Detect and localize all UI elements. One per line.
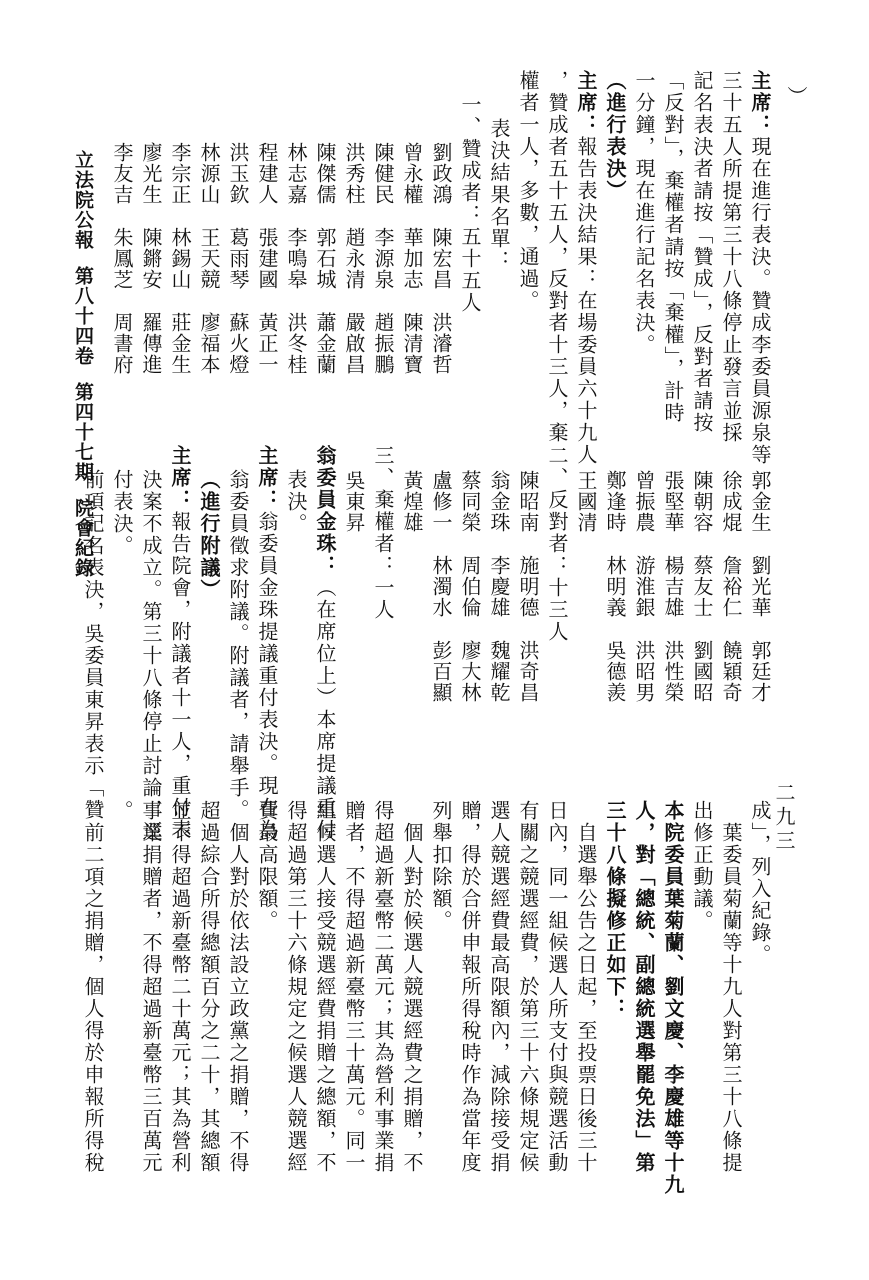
page-number: 二九三	[770, 782, 799, 854]
voter-name: 洪秀柱	[342, 142, 366, 205]
voter-name: 張堅華	[661, 470, 685, 533]
voter-name: 洪性榮	[661, 640, 685, 703]
yes-name-column: 徐成焜詹裕仁饒穎奇	[719, 470, 743, 725]
voter-name: 劉光華	[748, 555, 772, 618]
amendment-line: 超過綜合所得總額百分之二十，其總額	[197, 800, 221, 1174]
amendment-line: 有關之競選經費，於第三十六條規定候	[516, 800, 540, 1174]
yes-name-column: 王國清	[574, 470, 598, 555]
no-name-column: 黃煌雄	[400, 470, 424, 555]
yes-name-column: 鄭逢時林明義吳德羨	[603, 470, 627, 725]
amendment-line: 本院委員葉菊蘭、劉文慶、李慶雄等十九	[661, 800, 685, 1196]
speaker-label: 主席：	[168, 445, 192, 511]
voter-name: 張建國	[255, 227, 279, 290]
no-name-column: 盧修一林濁水彭百顯	[429, 470, 453, 725]
amendment-line: 贈，得於合併申報所得稅時作為當年度	[458, 800, 482, 1174]
no-heading: 二、反對者：十三人	[545, 445, 569, 643]
yes-heading: 一、贊成者：五十五人	[458, 94, 482, 314]
voter-name: 翁金珠	[487, 470, 511, 533]
abstain-heading: 三、棄權者：一人	[371, 445, 395, 621]
abstain-name-column: 吳東昇	[342, 470, 366, 555]
yes-name-column: 洪秀柱趙永清嚴啟昌	[342, 142, 366, 397]
voter-name: 游淮銀	[632, 555, 656, 618]
no-name-column: 陳昭南施明德洪奇昌	[516, 470, 540, 725]
voter-name: 劉政鴻	[429, 142, 453, 205]
yes-name-column: 曾振農游淮銀洪昭男	[632, 470, 656, 725]
yes-name-column: 廖光生陳鏘安羅傳進	[139, 142, 163, 397]
chair-vote-result-line: 主席：報告表決結果：在場委員六十九人	[574, 70, 598, 466]
voter-name: 林錫山	[168, 227, 192, 290]
chair-vote-result-line: ，贊成者五十五人，反對者十三人，棄	[545, 70, 569, 444]
voter-name: 朱鳳芝	[110, 227, 134, 290]
chair-vote-result-line: 權者一人，多數，通過。	[516, 70, 540, 312]
voter-name: 周伯倫	[458, 555, 482, 618]
voter-name: 吳東昇	[342, 470, 366, 533]
voter-name: 陳朝容	[690, 470, 714, 533]
yes-name-column: 李宗正林錫山莊金生	[168, 142, 192, 397]
no-name-column: 翁金珠李慶雄魏耀乾	[487, 470, 511, 725]
amendment-line: 得超過新臺幣二萬元；其為營利事業捐	[371, 800, 395, 1174]
voter-name: 陳清寶	[400, 312, 424, 375]
voter-name: 羅傳進	[139, 312, 163, 375]
voter-name: 魏耀乾	[487, 640, 511, 703]
amendment-line: 贈者，不得超過新臺幣三十萬元。同一	[342, 800, 366, 1174]
voter-name: 曾永權	[400, 142, 424, 205]
amendment-line: 並不得超過新臺幣二十萬元；其為營利	[168, 800, 192, 1174]
voter-name: 廖福本	[197, 312, 221, 375]
chair-vote-call-line: 記名表決者請按「贊成」，反對者請按	[690, 70, 714, 434]
amendment-line: 成」，列入紀錄。	[748, 800, 772, 966]
no-name-column: 蔡同榮周伯倫廖大林	[458, 470, 482, 725]
voter-name: 華加志	[400, 227, 424, 290]
voter-name: 陳昭南	[516, 470, 540, 533]
amendment-line: 三十八條擬修正如下：	[603, 800, 627, 1020]
yes-name-column: 陳健民李源泉趙振鵬	[371, 142, 395, 397]
voter-name: 徐成焜	[719, 470, 743, 533]
chair-second-result-line: 付表決。	[110, 469, 134, 557]
voter-name: 林濁水	[429, 555, 453, 618]
chair-second-result-line: 主席：報告院會，附議者十一人，重付表	[168, 445, 192, 841]
chair-vote-call-line: 主席：現在進行表決。贊成李委員源泉等	[748, 70, 772, 466]
voter-name: 李源泉	[371, 227, 395, 290]
voter-name: 郭金生	[748, 470, 772, 533]
voter-name: 李宗正	[168, 142, 192, 205]
amendment-line: 選人競選經費最高限額內，減除接受捐	[487, 800, 511, 1174]
voter-name: 陳鏘安	[139, 227, 163, 290]
voter-name: 彭百顯	[429, 640, 453, 703]
voter-name: 蔡同榮	[458, 470, 482, 533]
voter-name: 廖光生	[139, 142, 163, 205]
chair-vote-call-line: 三十五人所提第三十八條停止發言並採	[719, 70, 743, 444]
weng-motion-line: 翁委員金珠：（在席位上）本席提議重付	[313, 445, 337, 841]
voter-name: 趙永清	[342, 227, 366, 290]
yes-name-column: 程建人張建國黃正一	[255, 142, 279, 397]
voter-name: 葛雨琴	[226, 227, 250, 290]
amendment-line: 前二項之捐贈，個人得於申報所得稅	[81, 800, 105, 1174]
amendment-line: 自選舉公告之日起，至投票日後三十	[574, 800, 598, 1174]
voter-name: 盧修一	[429, 470, 453, 533]
chair-second-call-line: 翁委員徵求附議。附議者，請舉手。	[226, 469, 250, 821]
voter-name: 鄭逢時	[603, 470, 627, 533]
yes-name-column: 曾永權華加志陳清寶	[400, 142, 424, 397]
yes-name-column: 郭金生劉光華郭廷才	[748, 470, 772, 725]
yes-name-column: 李友吉朱鳳芝周書府	[110, 142, 134, 397]
amendment-line: 組候選人接受競選經費捐贈之總額，不	[313, 800, 337, 1174]
voter-name: 吳德羨	[603, 640, 627, 703]
voter-name: 趙振鵬	[371, 312, 395, 375]
footer-publication: 立法院公報	[70, 150, 97, 250]
voter-name: 洪昭男	[632, 640, 656, 703]
amendment-line: 個人對於依法設立政黨之捐贈，不得	[226, 800, 250, 1174]
speaker-label: 主席：	[748, 70, 772, 136]
voter-name: 詹裕仁	[719, 555, 743, 618]
yes-name-column: 林志嘉李鳴皋洪冬桂	[284, 142, 308, 397]
voter-name: 曾振農	[632, 470, 656, 533]
voter-name: 李鳴皋	[284, 227, 308, 290]
amendment-line: 人，對「總統、副總統選舉罷免法」第	[632, 800, 656, 1174]
yes-name-column: 林源山王天競廖福本	[197, 142, 221, 397]
speaker-label: 主席：	[255, 445, 279, 511]
voter-name: 洪濬哲	[429, 312, 453, 375]
procedure-note: （進行表決）	[603, 70, 627, 202]
amendment-line: 事業捐贈者，不得超過新臺幣三百萬元	[139, 800, 163, 1174]
voter-name: 郭廷才	[748, 640, 772, 703]
amendment-line: 得超過第三十六條規定之候選人競選經	[284, 800, 308, 1174]
voter-name: 李慶雄	[487, 555, 511, 618]
voter-name: 陳宏昌	[429, 227, 453, 290]
voter-name: 林明義	[603, 555, 627, 618]
yes-name-column: 劉政鴻陳宏昌洪濬哲	[429, 142, 453, 397]
chair-second-call-line: 主席：翁委員金珠提議重付表決。現在為	[255, 445, 279, 841]
voter-name: 饒穎奇	[719, 640, 743, 703]
voter-name: 李友吉	[110, 142, 134, 205]
yes-name-column: 陳朝容蔡友士劉國昭	[690, 470, 714, 725]
voter-name: 林源山	[197, 142, 221, 205]
voter-name: 黃正一	[255, 312, 279, 375]
voter-name: 陳傑儒	[313, 142, 337, 205]
yes-name-column: 陳傑儒郭石城蕭金蘭	[313, 142, 337, 397]
voter-name: 洪奇昌	[516, 640, 540, 703]
voter-name: 黃煌雄	[400, 470, 424, 533]
voter-name: 嚴啟昌	[342, 312, 366, 375]
voter-name: 蕭金蘭	[313, 312, 337, 375]
amendment-line: 個人對於候選人競選經費之捐贈，不	[400, 800, 424, 1174]
voter-name: 陳健民	[371, 142, 395, 205]
voter-name: 莊金生	[168, 312, 192, 375]
chair-second-result-line: 決案不成立。第三十八條停止討論，逕	[139, 469, 163, 843]
chair-vote-call-line: 一分鐘，現在進行記名表決。	[632, 70, 656, 356]
footer-issue: 第四十七期	[70, 382, 97, 482]
chair-vote-call-line: 「反對」，棄權者請按「棄權」，計時	[661, 70, 685, 424]
weng-motion-line: 表決。	[284, 469, 308, 535]
yes-name-column: 張堅華楊吉雄洪性榮	[661, 470, 685, 725]
voter-name: 王國清	[574, 470, 598, 533]
amendment-line: 列舉扣除額。	[429, 800, 453, 932]
voter-name: 蔡友士	[690, 555, 714, 618]
voter-name: 蘇火燈	[226, 312, 250, 375]
voter-name: 楊吉雄	[661, 555, 685, 618]
voter-name: 施明德	[516, 555, 540, 618]
speaker-label: 主席：	[574, 70, 598, 136]
voter-name: 林志嘉	[284, 142, 308, 205]
voter-name: 廖大林	[458, 640, 482, 703]
list-title: 表決結果名單：	[487, 118, 511, 272]
procedure-note-2: （進行附議）	[197, 469, 221, 601]
voter-name: 周書府	[110, 312, 134, 375]
amendment-line: 出修正動議。	[690, 800, 714, 932]
amendment-line: 日內，同一組候選人所支付與競選活動	[545, 800, 569, 1174]
voter-name: 洪冬桂	[284, 312, 308, 375]
voter-name: 郭石城	[313, 227, 337, 290]
voter-name: 王天競	[197, 227, 221, 290]
amendment-line: 。	[110, 800, 134, 822]
yes-name-column: 洪玉欽葛雨琴蘇火燈	[226, 142, 250, 397]
voter-name: 洪玉欽	[226, 142, 250, 205]
speaker-label: 翁委員金珠：	[313, 445, 337, 577]
amendment-line: 葉委員菊蘭等十九人對第三十八條提	[719, 800, 743, 1174]
amendment-line: 費最高限額。	[255, 800, 279, 932]
voter-name: 劉國昭	[690, 640, 714, 703]
record-note-line: 前項記名表決，吳委員東昇表示「贊	[81, 469, 105, 821]
stray-paren: ）	[784, 86, 808, 108]
voter-name: 程建人	[255, 142, 279, 205]
footer-volume: 第八十四卷	[70, 266, 97, 366]
